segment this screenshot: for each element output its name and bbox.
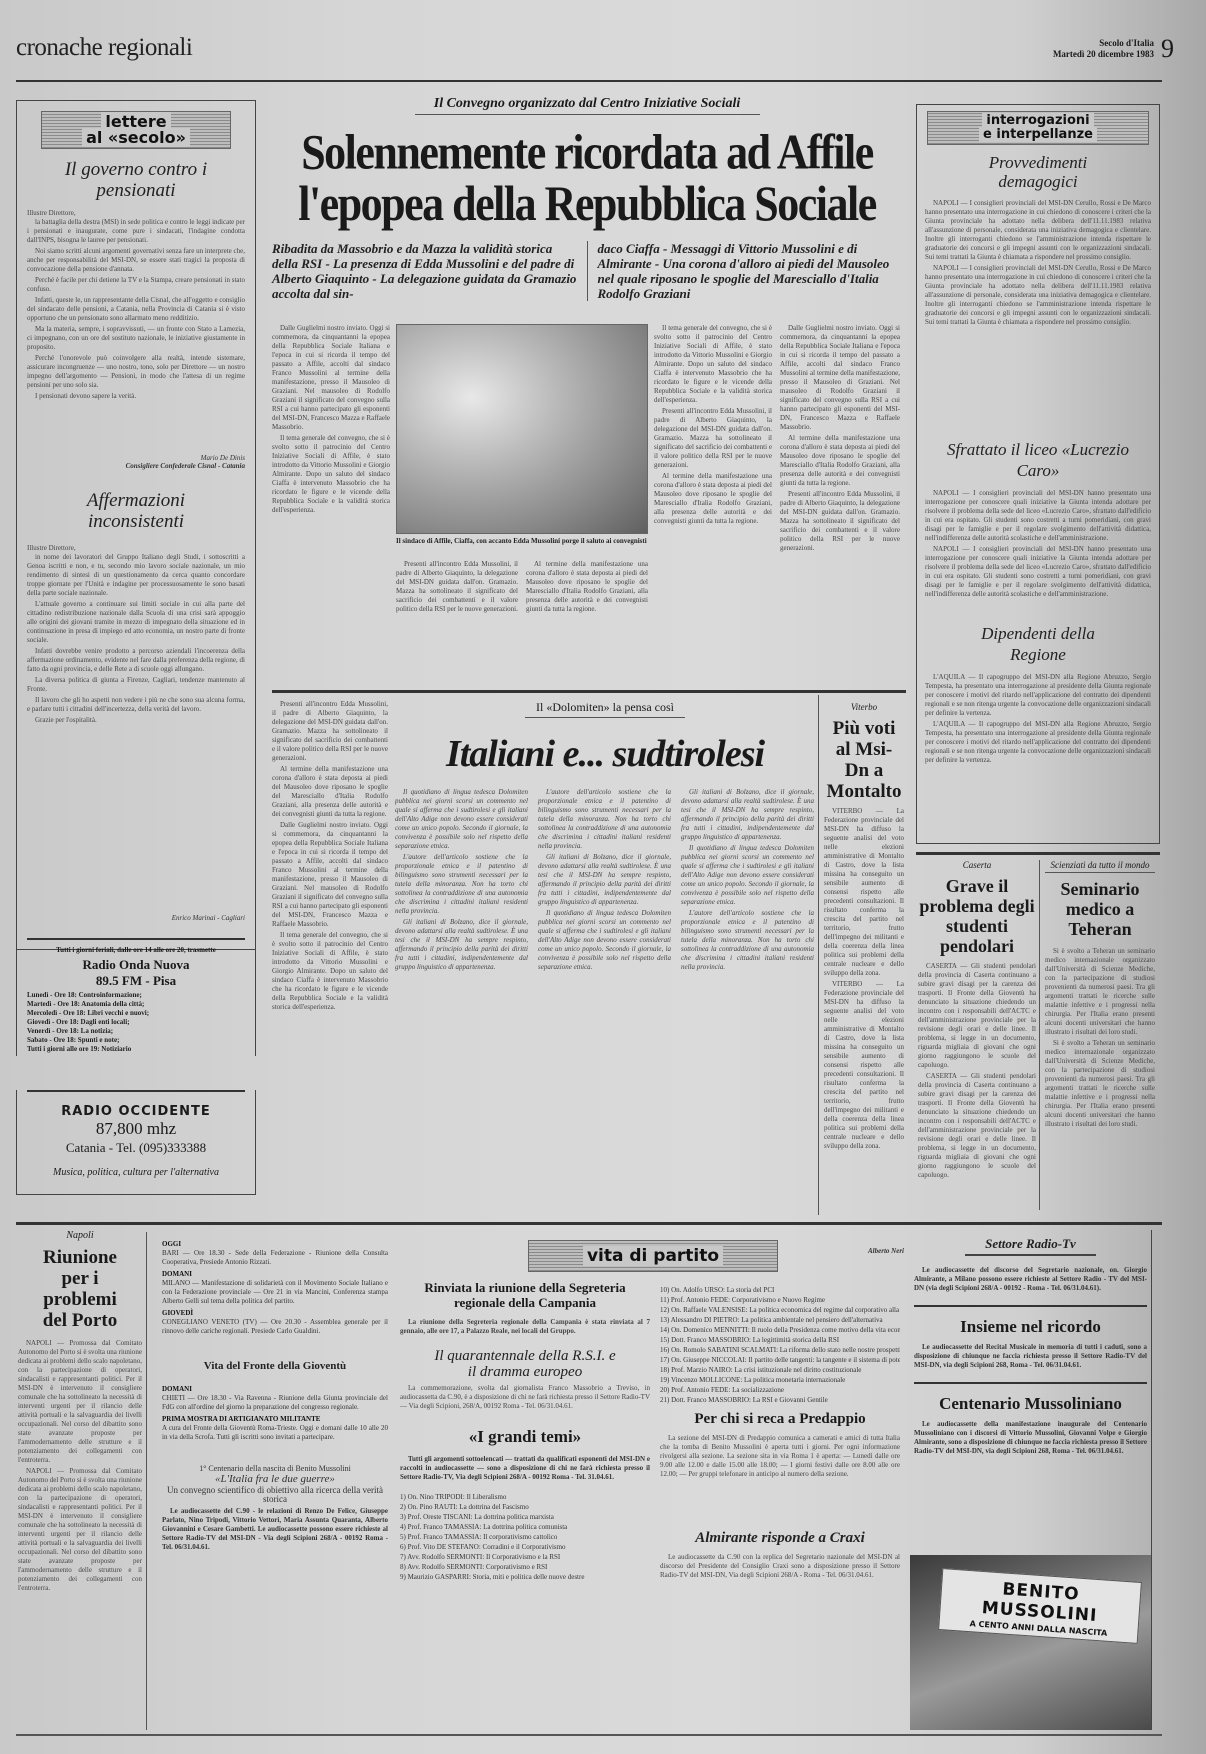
plaque: BENITO MUSSOLINI A CENTO ANNI DALLA NASC…	[938, 1568, 1142, 1644]
list-item: 10) On. Adolfo URSO: La storia del PCI	[660, 1285, 900, 1295]
divider	[1039, 860, 1040, 1210]
campania-title: Rinviata la riunione della Segreteria re…	[420, 1280, 630, 1310]
main-photo	[396, 324, 648, 534]
list-item: 18) Prof. Marzio NAIRO: La crisi istituz…	[660, 1365, 900, 1375]
letter1-body: Illustre Direttore, la battaglia della d…	[27, 209, 245, 454]
vita-di-partito-banner: vita di partito	[528, 1240, 778, 1272]
list-item: 19) Vincenzo MOLLICONE: La politica mone…	[660, 1375, 900, 1385]
letter2-title: Affermazioni inconsistenti	[57, 490, 215, 532]
list-item: Venerdì - Ore 18: La notizia;	[27, 1027, 245, 1036]
agenda-list: OGGIBARI — Ore 18.30 - Sede della Federa…	[162, 1240, 388, 1336]
dolomiten-article: Il «Dolomiten» la pensa così Italiani e.…	[395, 700, 815, 1220]
letters-box: lettere al «secolo» Il governo contro i …	[16, 100, 256, 950]
centenario-title: Centenario Mussoliniano	[910, 1394, 1151, 1414]
predappio-body: La sezione del MSI-DN di Predappio comun…	[660, 1434, 900, 1524]
divider	[16, 1222, 1162, 1225]
vita-middle-column: Rinviata la riunione della Segreteria re…	[400, 1280, 650, 1730]
paragraph: Noi siamo scritti alcuni argomenti gover…	[27, 247, 245, 274]
paragraph: la battaglia della destra (MSI) in sede …	[27, 218, 245, 245]
centenario-body: Le audiocassette della manifestazione in…	[914, 1420, 1147, 1458]
agenda-text: CHIETI — Ore 18.30 - Via Ravenna - Riuni…	[162, 1394, 388, 1412]
main-deck-left: Ribadita da Massobrio e da Mazza la vali…	[272, 241, 577, 301]
campania-body: La riunione della Segreteria regionale d…	[400, 1318, 650, 1338]
list-item: 7) Avv. Rodolfo SERMONTI: Il Corporativi…	[400, 1552, 650, 1562]
agenda-column: OGGIBARI — Ore 18.30 - Sede della Federa…	[162, 1240, 388, 1730]
main-headline: Solennemente ricordata ad Affile l'epope…	[272, 127, 902, 230]
main-col-4: Il tema generale del convegno, che si è …	[654, 324, 772, 682]
quarantennale-title: Il quarantennale della R.S.I. e il dramm…	[430, 1348, 620, 1380]
dolomiten-body: Il quotidiano di lingua tedesca Dolomite…	[395, 788, 815, 1218]
interrogazione-3-title: Dipendenti della Regione	[975, 623, 1101, 665]
mussolini-convegno-body: Le audiocassette del C.90 - le relazioni…	[162, 1507, 388, 1567]
caserta-article: Caserta Grave il problema degli studenti…	[918, 860, 1036, 1215]
napoli-body: NAPOLI — Promossa dal Comitato Autonomo …	[18, 1339, 142, 1719]
viterbo-kicker: Viterbo	[824, 702, 904, 712]
list-item: 5) Prof. Franco TAMASSIA: Il corporativi…	[400, 1532, 650, 1542]
paragraph: I pensionati devono sapere la verità.	[27, 392, 245, 401]
viterbo-article: Viterbo Più voti al Msi-Dn a Montalto VI…	[824, 702, 904, 1217]
list-item: Martedì - Ore 18: Anatomia della città;	[27, 1000, 245, 1009]
quarantennale-body: La commemorazione, svolta dal giornalist…	[400, 1384, 650, 1413]
list-item: 12) On. Raffaele VALENSISE: La politica …	[660, 1305, 900, 1315]
page-number: 9	[1161, 34, 1174, 64]
dolomiten-kicker: Il «Dolomiten» la pensa così	[525, 700, 685, 718]
paragraph: Ma la materia, sempre, i sopravvissuti, …	[27, 325, 245, 352]
fronte-title: Vita del Fronte della Gioventù	[162, 1360, 388, 1373]
divider	[818, 695, 819, 1215]
list-item: 16) On. Romolo SABATINI SCALMATI: La rif…	[660, 1345, 900, 1355]
list-item: 2) On. Pino RAUTI: La dottrina del Fasci…	[400, 1502, 650, 1512]
mussolini-centenario-line: 1° Centenario della nascita di Benito Mu…	[162, 1464, 388, 1473]
issue-date: Martedì 20 dicembre 1983	[1053, 49, 1154, 60]
viterbo-headline: Più voti al Msi-Dn a Montalto	[824, 718, 904, 802]
teheran-article: Scienziati da tutto il mondo Seminario m…	[1045, 860, 1155, 1215]
newspaper-name: Secolo d'Italia	[1053, 38, 1154, 49]
fronte-list: DOMANICHIETI — Ore 18.30 - Via Ravenna -…	[162, 1385, 388, 1442]
interrogazione-1-body: NAPOLI — I consiglieri provinciali del M…	[925, 199, 1151, 431]
main-col-2: Presenti all'incontro Edda Mussolini, il…	[396, 560, 518, 682]
almirante-body: Le audiocassette da C.90 con la replica …	[660, 1553, 900, 1582]
centenario-photo: BENITO MUSSOLINI A CENTO ANNI DALLA NASC…	[910, 1555, 1151, 1730]
newspaper-page: cronache regionali Secolo d'Italia Marte…	[0, 0, 1206, 1754]
list-item: Lunedì - Ore 18: Controinformazione;	[27, 991, 245, 1000]
letter1-title: Il governo contro i pensionati	[57, 159, 215, 201]
interrogazione-2-body: NAPOLI — I consiglieri provinciali del M…	[925, 489, 1151, 609]
main-col-1: Dalle Guglielmi nostro inviato. Oggi si …	[272, 324, 390, 682]
insieme-title: Insieme nel ricordo	[910, 1317, 1151, 1337]
letter2-signature: Enrico Marinai - Cagliari	[27, 914, 245, 922]
agenda-label: GIOVEDÌ	[162, 1309, 388, 1318]
letter1-signature: Mario De Dinis	[27, 454, 245, 462]
list-item: Tutti i giorni alle ore 19: Notiziario	[27, 1045, 245, 1054]
paragraph: L'attuale governo a continuare sui limit…	[27, 600, 245, 645]
teheran-headline: Seminario medico a Teheran	[1045, 879, 1155, 939]
paragraph: Grazie per l'ospitalità.	[27, 716, 245, 725]
grandi-temi-title: «I grandi temi»	[400, 1427, 650, 1447]
dolomiten-headline: Italiani e... sudtirolesi	[395, 732, 815, 776]
divider	[146, 1232, 147, 1730]
grandi-temi-body: Tutti gli argomenti sottoelencati — trat…	[400, 1455, 650, 1484]
radio-occidente-frequency: 87,800 mhz	[27, 1119, 245, 1139]
interrogazione-3-body: L'AQUILA — Il capogruppo del MSI-DN alla…	[925, 673, 1151, 793]
napoli-headline: Riunione per i problemi del Porto	[30, 1247, 130, 1331]
vita-right-column: 10) On. Adolfo URSO: La storia del PCI11…	[660, 1285, 900, 1730]
insieme-body: Le audiocassette del Recital Musicale in…	[914, 1343, 1147, 1372]
main-continuation: Presenti all'incontro Edda Mussolini, il…	[272, 700, 388, 1220]
list-item: 6) Prof. Vito DE STEFANO: Corradini e il…	[400, 1542, 650, 1552]
divider	[27, 1090, 245, 1092]
divider	[914, 1305, 1147, 1307]
agenda-label: PRIMA MOSTRA DI ARTIGIANATO MILITANTE	[162, 1415, 388, 1424]
list-item: Sabato - Ore 18: Spunti e note;	[27, 1036, 245, 1045]
radio-occidente-tagline: Musica, politica, cultura per l'alternat…	[27, 1167, 245, 1178]
almirante-title: Almirante risponde a Craxi	[660, 1530, 900, 1547]
list-item: Giovedì - Ore 18: Dagli enti locali;	[27, 1018, 245, 1027]
paragraph: Perché l'onorevole può coinvolgere alla …	[27, 354, 245, 390]
list-item: 21) Dott. Franco MASSOBRIO: La RSI e Gio…	[660, 1395, 900, 1405]
paragraph: Il lavoro che gli ho aspetti non vedere …	[27, 696, 245, 714]
napoli-kicker: Napoli	[18, 1230, 142, 1241]
interrogazione-1-title: Provvedimenti demagogici	[965, 153, 1111, 191]
agenda-text: MILANO — Manifestazione di solidarietà c…	[162, 1279, 388, 1306]
teheran-body: Si è svolto a Teheran un seminario medic…	[1045, 947, 1155, 1179]
settore-radio-tv-body: Le audiocassette del discorso del Segret…	[914, 1266, 1147, 1295]
list-item: 1) On. Nino TRIPODI: Il Liberalismo	[400, 1492, 650, 1502]
radio-onda-name: Radio Onda Nuova	[27, 957, 245, 973]
letters-banner: lettere al «secolo»	[41, 111, 231, 149]
dolomiten-col-1: Il quotidiano di lingua tedesca Dolomite…	[395, 788, 528, 1218]
divider	[16, 1734, 1162, 1736]
dolomiten-col-3: Gli italiani di Bolzano, dice il giornal…	[681, 788, 814, 1218]
mussolini-convegno-subtitle: Un convegno scientifico di obiettivo all…	[162, 1486, 388, 1504]
paragraph: Infatti dovrebbe venire prodotto a perco…	[27, 647, 245, 674]
caserta-body: CASERTA — Gli studenti pendolari della p…	[918, 962, 1036, 1212]
masthead-meta: Secolo d'Italia Martedì 20 dicembre 1983	[1053, 38, 1154, 60]
viterbo-byline: Alberto Neri	[824, 1247, 904, 1255]
interrogazione-2-title: Sfrattato il liceo «Lucrezio Caro»	[945, 439, 1131, 481]
main-photo-caption: Il sindaco di Affile, Ciaffa, con accant…	[396, 537, 648, 546]
list-item: 15) Dott. Franco MASSOBRIO: La legittimi…	[660, 1335, 900, 1345]
letter1-signature-role: Consigliere Confederale Cisnal - Catania	[27, 462, 245, 470]
list-item: 3) Prof. Oreste TISCANI: La dottrina pol…	[400, 1512, 650, 1522]
dolomiten-col-2: L'autore dell'articolo sostiene che la p…	[538, 788, 671, 1218]
radio-occidente-name: RADIO OCCIDENTE	[27, 1104, 245, 1119]
mussolini-convegno-title: «L'Italia fra le due guerre»	[162, 1475, 388, 1484]
list-item: 9) Maurizio GASPARRI: Storia, miti e pol…	[400, 1572, 650, 1582]
list-item: 8) Avv. Rodolfo SERMONTI: Corporativismo…	[400, 1562, 650, 1572]
main-article: Il Convegno organizzato dal Centro Inizi…	[272, 96, 902, 686]
caserta-kicker: Caserta	[918, 860, 1036, 870]
radio-onda-box: Tutti i giorni feriali, dalle ore 14 all…	[16, 938, 256, 1056]
divider	[916, 852, 1160, 855]
main-kicker: Il Convegno organizzato dal Centro Inizi…	[415, 96, 760, 115]
radio-occidente-contact: Catania - Tel. (095)333388	[27, 1139, 245, 1157]
divider	[272, 690, 906, 693]
agenda-label: DOMANI	[162, 1385, 388, 1394]
radio-onda-frequency: 89.5 FM - Pisa	[27, 973, 245, 989]
header-rule	[16, 80, 1162, 82]
main-body: Dalle Guglielmi nostro inviato. Oggi si …	[272, 324, 902, 686]
radio-occidente-box: RADIO OCCIDENTE 87,800 mhz Catania - Tel…	[16, 1090, 256, 1195]
main-col-5: Dalle Guglielmi nostro inviato. Oggi si …	[780, 324, 900, 682]
grandi-temi-list-continued: 10) On. Adolfo URSO: La storia del PCI11…	[660, 1285, 900, 1405]
agenda-label: DOMANI	[162, 1270, 388, 1279]
caserta-headline: Grave il problema degli studenti pendola…	[918, 876, 1036, 956]
list-item: 11) Prof. Antonio FEDE: Corporativismo e…	[660, 1295, 900, 1305]
paragraph: Infatti, queste le, un rappresentante de…	[27, 296, 245, 323]
teheran-kicker: Scienziati da tutto il mondo	[1045, 860, 1155, 873]
agenda-text: BARI — Ore 18.30 - Sede della Federazion…	[162, 1249, 388, 1267]
main-col-3: Al termine della manifestazione una coro…	[526, 560, 648, 682]
list-item: 4) Prof. Franco TAMASSIA: La dottrina po…	[400, 1522, 650, 1532]
interrogazioni-banner: interrogazioni e interpellanze	[927, 111, 1149, 145]
paragraph: La diversa politica di giunta a Firenze,…	[27, 676, 245, 694]
agenda-text: CONEGLIANO VENETO (TV) — Ore 20.30 - Ass…	[162, 1318, 388, 1336]
grandi-temi-list: 1) On. Nino TRIPODI: Il Liberalismo2) On…	[400, 1492, 650, 1582]
napoli-article: Napoli Riunione per i problemi del Porto…	[18, 1230, 142, 1730]
interrogazioni-box: interrogazioni e interpellanze Provvedim…	[916, 104, 1160, 844]
agenda-label: OGGI	[162, 1240, 388, 1249]
paragraph: in nome dei lavoratori del Gruppo Italia…	[27, 553, 245, 598]
divider	[27, 938, 245, 940]
letter2-body: Illustre Direttore, in nome dei lavorato…	[27, 544, 245, 914]
main-deck: Ribadita da Massobrio e da Mazza la vali…	[272, 241, 902, 301]
settore-radio-tv-title: Settore Radio-Tv	[965, 1236, 1096, 1256]
radio-onda-schedule: Lunedì - Ore 18: Controinformazione;Mart…	[27, 991, 245, 1054]
divider	[914, 1382, 1147, 1384]
divider	[587, 241, 588, 301]
viterbo-body: VITERBO — La Federazione provinciale del…	[824, 807, 904, 1247]
radio-onda-intro: Tutti i giorni feriali, dalle ore 14 all…	[27, 946, 245, 954]
list-item: 13) Alessandro DI PIETRO: La politica am…	[660, 1315, 900, 1325]
section-title: cronache regionali	[16, 34, 192, 62]
list-item: Mercoledì - Ore 18: Libri vecchi e nuovi…	[27, 1009, 245, 1018]
radio-tv-box: Settore Radio-Tv Le audiocassette del di…	[910, 1230, 1152, 1730]
main-deck-right: daco Ciaffa - Messaggi di Vittorio Musso…	[598, 241, 903, 301]
list-item: 20) Prof. Antonio FEDE: La socializzazio…	[660, 1385, 900, 1395]
paragraph: Perché è facile per chi detiene la TV e …	[27, 276, 245, 294]
list-item: 14) On. Domenico MENNITTI: Il ruolo dell…	[660, 1325, 900, 1335]
agenda-text: A cura del Fronte della Gioventù Roma-Tr…	[162, 1424, 388, 1442]
predappio-title: Per chi si reca a Predappio	[660, 1411, 900, 1428]
list-item: 17) On. Giuseppe NICCOLAI: Il partito de…	[660, 1355, 900, 1365]
